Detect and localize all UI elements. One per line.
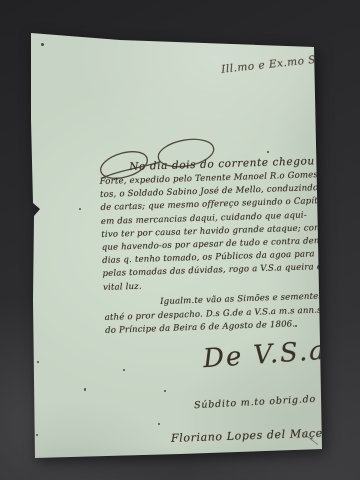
ink-speck <box>158 423 160 425</box>
salutation-line: Ill.mo e Ex.mo Snr. <box>221 52 332 75</box>
ink-speck <box>123 369 125 371</box>
ink-speck <box>267 151 269 153</box>
ink-speck <box>36 434 38 436</box>
ink-speck <box>37 361 39 363</box>
paper-shadow-wrap: Ill.mo e Ex.mo Snr. No dia dois do corre… <box>0 0 360 480</box>
letter-body: No dia dois do corrente chegou a este Fo… <box>99 153 331 295</box>
ink-speck <box>84 388 86 391</box>
ink-speck <box>41 43 44 46</box>
ink-speck <box>164 390 166 392</box>
ink-speck <box>295 325 297 327</box>
photograph-of-letter: Ill.mo e Ex.mo Snr. No dia dois do corre… <box>0 0 360 480</box>
signature: Floriano Lopes del Maçedo <box>171 426 338 445</box>
letter-closing: Igualm.te vão as Simões e sementes q. at… <box>104 290 331 338</box>
subscription-line: Súbdito m.to obrig.do <box>194 394 316 411</box>
ink-speck <box>79 208 81 210</box>
letter-paper-sheet: Ill.mo e Ex.mo Snr. No dia dois do corre… <box>0 0 360 480</box>
valediction-flourish: De V.S.a <box>202 336 327 375</box>
